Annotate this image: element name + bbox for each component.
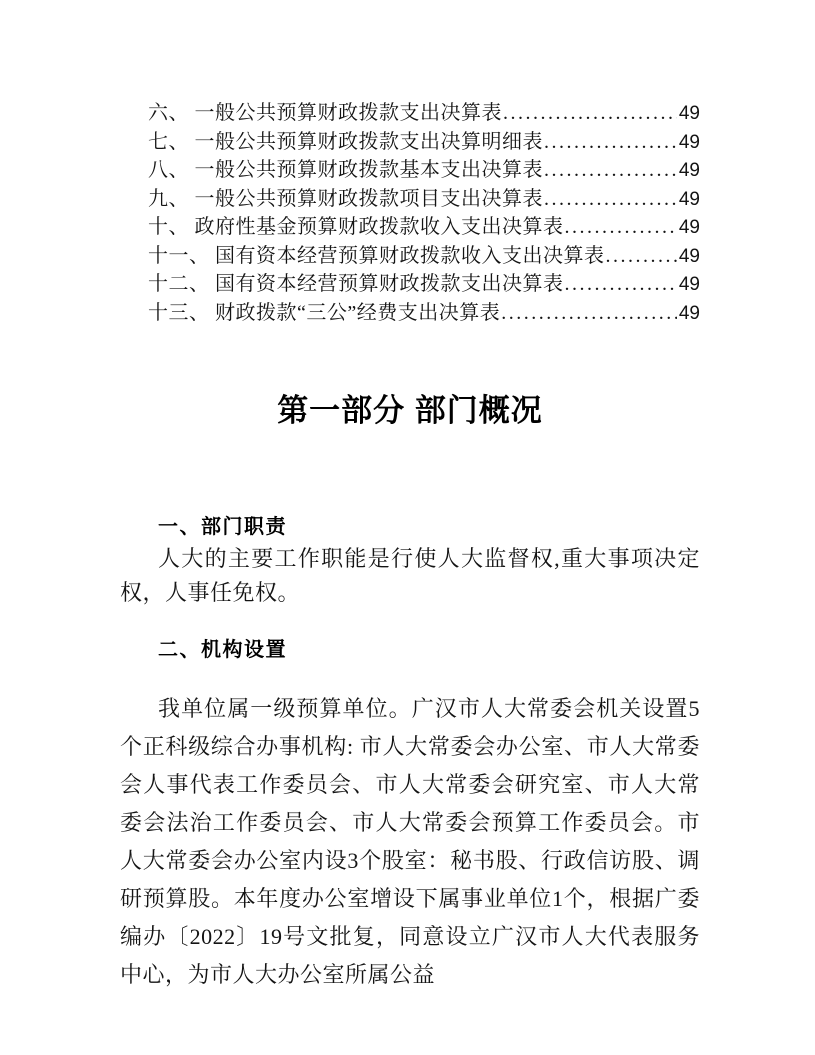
toc-entry-label: 九、 一般公共预算财政拨款项目支出决算表	[148, 182, 543, 211]
toc-entry: 九、 一般公共预算财政拨款项目支出决算表 49	[120, 182, 700, 211]
toc-page-number: 49	[679, 189, 700, 211]
toc-page-number: 49	[679, 303, 700, 325]
toc-page-number: 49	[679, 246, 700, 268]
toc-dot-leader	[544, 131, 677, 154]
toc-entry-label: 十二、 国有资本经营预算财政拨款支出决算表	[148, 267, 564, 296]
toc-entry: 八、 一般公共预算财政拨款基本支出决算表 49	[120, 153, 700, 182]
toc-page-number: 49	[679, 132, 700, 154]
toc-entry: 十一、 国有资本经营预算财政拨款收入支出决算表 49	[120, 239, 700, 268]
toc-entry: 十二、 国有资本经营预算财政拨款支出决算表 49	[120, 267, 700, 296]
toc-entry: 七、 一般公共预算财政拨款支出决算明细表 49	[120, 125, 700, 154]
toc-dot-leader	[501, 302, 677, 325]
toc-dot-leader	[544, 159, 677, 182]
toc-entry: 六、 一般公共预算财政拨款支出决算表 49	[120, 96, 700, 125]
toc-entry-label: 十一、 国有资本经营预算财政拨款收入支出决算表	[148, 239, 605, 268]
toc-page-number: 49	[679, 274, 700, 296]
part-heading: 第一部分 部门概况	[120, 394, 700, 428]
toc-entry-label: 七、 一般公共预算财政拨款支出决算明细表	[148, 125, 543, 154]
toc-entry: 十、 政府性基金预算财政拨款收入支出决算表 49	[120, 210, 700, 239]
toc-dot-leader	[565, 273, 677, 296]
toc-entry-label: 十三、 财政拨款“三公”经费支出决算表	[148, 296, 500, 325]
section-heading-duties: 一、部门职责	[158, 516, 700, 538]
toc-page-number: 49	[679, 103, 700, 125]
toc-dot-leader	[565, 216, 677, 239]
document-page: 六、 一般公共预算财政拨款支出决算表 49 七、 一般公共预算财政拨款支出决算明…	[0, 0, 815, 1055]
toc-entry: 十三、 财政拨款“三公”经费支出决算表 49	[120, 296, 700, 325]
toc-entry-label: 八、 一般公共预算财政拨款基本支出决算表	[148, 153, 543, 182]
toc-page-number: 49	[679, 217, 700, 239]
toc-entry-label: 六、 一般公共预算财政拨款支出决算表	[148, 96, 502, 125]
toc-page-number: 49	[679, 160, 700, 182]
duties-paragraph: 人大的主要工作职能是行使人大监督权,重大事项决定权，人事任免权。	[120, 542, 700, 610]
toc-dot-leader	[544, 188, 677, 211]
toc-dot-leader	[503, 102, 677, 125]
section-heading-organization: 二、机构设置	[158, 639, 700, 661]
toc-entry-label: 十、 政府性基金预算财政拨款收入支出决算表	[148, 210, 564, 239]
toc-dot-leader	[606, 245, 677, 268]
section-organization: 二、机构设置 我单位属一级预算单位。广汉市人大常委会机关设置5个正科级综合办事机…	[120, 639, 700, 994]
organization-paragraph: 我单位属一级预算单位。广汉市人大常委会机关设置5个正科级综合办事机构: 市人大常…	[120, 690, 700, 994]
section-duties: 一、部门职责 人大的主要工作职能是行使人大监督权,重大事项决定权，人事任免权。	[120, 516, 700, 610]
table-of-contents: 六、 一般公共预算财政拨款支出决算表 49 七、 一般公共预算财政拨款支出决算明…	[120, 96, 700, 324]
